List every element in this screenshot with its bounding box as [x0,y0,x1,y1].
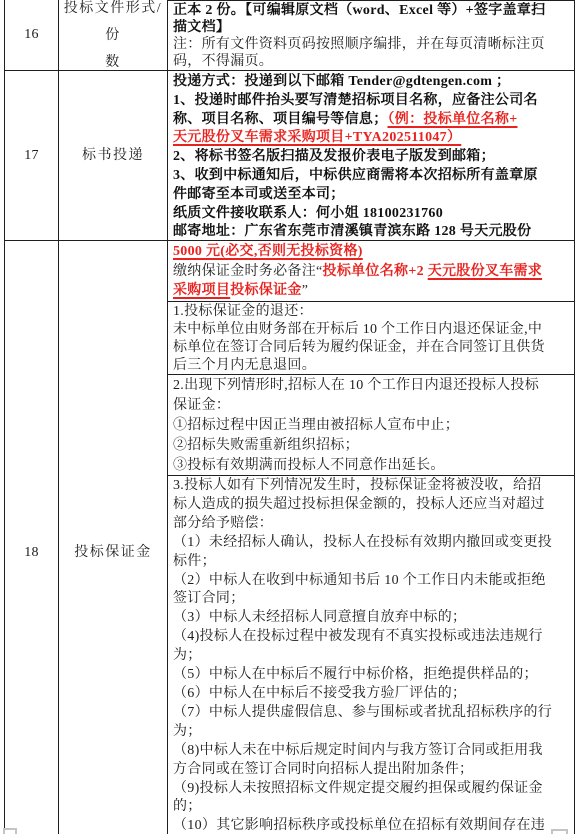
text-line: 为； [173,647,570,666]
text-line: 投递方式：投递到以下邮箱 Tender@gdtengen.com ； [173,73,570,92]
text-segment: 采购项目 [173,283,230,298]
text-line: 3.投标人如有下列情况发生时，投标保证金将被没收，给招 [173,477,570,496]
text-segment: ” [302,283,309,298]
text-line: ③投标有效期满而投标人不同意作出延长。 [173,456,570,475]
text-segment: 未中标单位由财务部在开标后 10 个工作日内退还保证金,中 [173,322,542,337]
row-label-text: 投标文件形式/份 [59,0,167,49]
text-line: （1）未经招标人确认，投标人在投标有效期内撤回或变更投 [173,534,570,553]
text-segment: 标人造成的损失超过投标担保金额的，投标人还应当对超过 [173,497,545,512]
text-segment: 称、项目名称、项目编号等信息； [173,112,388,127]
tender-terms-table: 16 投标文件形式/份 数 正本 2 份。【可编辑原文档（word、Excel … [4,0,575,834]
table-row-17: 17 标书投递 投递方式：投递到以下邮箱 Tender@gdtengen.com… [5,70,574,240]
text-segment: 标件； [173,554,216,569]
text-segment: 为； [173,724,202,739]
text-segment: 1.投标保证金的退还： [173,304,313,319]
document-format-section: 正本 2 份。【可编辑原文档（word、Excel 等）+签字盖章扫描文档】注：… [168,0,574,70]
text-segment: 码，不得漏页。 [173,54,273,69]
text-line: （7）中标人提供虚假信息、参与围标或者扰乱招标秩序的行 [173,704,570,723]
text-segment: （9)投标人未按照招标文件规定提交履约担保或履约保证金 [173,781,543,796]
text-line: （10）其它影响招标秩序或投标单位在招标有效期间存在违 [173,817,570,834]
row-number-17: 17 [5,71,59,240]
text-segment: 后三个月内无息退回。 [173,358,316,373]
text-segment: （7）中标人提供虚假信息、参与围标或者扰乱招标秩序的行 [173,705,552,720]
text-line: （6）中标人在中标后不接受我方验厂评估的； [173,685,570,704]
text-line: （4)投标人在投标过程中被发现有不真实投标或违法违规行 [173,628,570,647]
text-line: 保证金： [173,396,570,416]
text-line: （8)中标人未在中标后规定时间内与我方签订合同或拒用我 [173,742,570,761]
text-segment: （6）中标人在中标后不接受我方验厂评估的； [173,686,466,701]
text-line: 天元股份叉车需求采购项目+TYA202511047） [173,129,570,148]
text-segment: （1）未经招标人确认，投标人在投标有效期内撤回或变更投 [173,535,552,550]
text-segment: 注：所有文件资料页码按照顺序编排，并在每页清晰标注页 [173,37,545,52]
text-line: 正本 2 份。【可编辑原文档（word、Excel 等）+签字盖章扫 [173,2,570,19]
row-label-17: 标书投递 [59,71,168,240]
text-line: 2、将标书签名版扫描及发报价表电子版发到邮箱； [173,148,570,167]
text-segment: 部分给予赔偿： [173,516,273,531]
row-number-16: 16 [5,0,59,70]
refund-conditions-section: 2.出现下列情形时,招标人在 10 个工作日内退还投标人投标保证金：①招标过程中… [168,374,574,475]
row-label-18: 投标保证金 [59,241,168,834]
text-line: 注：所有文件资料页码按照顺序编排，并在每页清晰标注页 [173,36,570,53]
text-segment: 缴纳保证金时务必备注“ [173,264,323,279]
deposit-refund-section: 1.投标保证金的退还：未中标单位由财务部在开标后 10 个工作日内退还保证金,中… [168,301,574,374]
row-label-text: 投标保证金 [74,539,152,566]
row-content-16: 正本 2 份。【可编辑原文档（word、Excel 等）+签字盖章扫描文档】注：… [168,0,574,70]
row-label-16: 投标文件形式/份 数 [59,0,168,70]
text-line: ②招标失败需重新组织招标； [173,436,570,456]
forfeit-conditions-section: 3.投标人如有下列情况发生时，投标保证金将被没收，给招标人造成的损失超过投标担保… [168,475,574,834]
text-line: 的； [173,798,570,817]
text-segment: （3）中标人未经招标人同意擅自放弃中标的； [173,610,466,625]
text-line: （2）中标人在收到中标通知书后 10 个工作日内未能或拒绝 [173,572,570,591]
text-line: 标人造成的损失超过投标担保金额的，投标人还应当对超过 [173,496,570,515]
row-label-text: 标书投递 [82,142,144,169]
text-segment: ②招标失败需重新组织招标； [173,438,359,453]
text-segment: 3.投标人如有下列情况发生时，投标保证金将被没收，给招 [173,478,542,493]
text-line: 后三个月内无息退回。 [173,357,570,374]
text-line: 方合同或在签订合同时向招标人提出附加条件； [173,761,570,780]
page-edge-artifact-left [3,828,17,834]
text-segment: ①招标过程中因正当理由被招标人宣布中止； [173,418,459,433]
text-segment: （8)中标人未在中标后规定时间内与我方签订合同或拒用我 [173,743,543,758]
text-segment: 标单位在签订合同后转为履约保证金，并在合同签订且供货 [173,340,545,355]
text-segment: （例：投标单位名称+ [388,112,518,127]
page-edge-artifact-right [551,829,568,834]
text-line: 采购项目投标保证金” [173,281,570,301]
text-line: 5000 元(必交,否则无投标资格) [173,242,570,262]
text-segment: 5000 元(必交,否则无投标资格) [173,244,363,259]
text-segment: 2、将标书签名版扫描及发报价表电子版发到邮箱； [173,149,495,164]
text-segment: 纸质文件接收联系人：何小姐 18100231760 [173,206,443,221]
text-segment: （10）其它影响招标秩序或投标单位在招标有效期间存在违 [173,818,545,833]
text-segment: 方合同或在签订合同时向招标人提出附加条件； [173,762,473,777]
text-segment: 1、投递时邮件抬头要写清楚招标项目名称，应备注公司名 [173,93,538,108]
document-page: 16 投标文件形式/份 数 正本 2 份。【可编辑原文档（word、Excel … [0,0,583,834]
text-segment: （2）中标人在收到中标通知书后 10 个工作日内未能或拒绝 [173,573,546,588]
text-line: 邮寄地址：广东省东莞市清溪镇青滨东路 128 号天元股份 [173,223,570,241]
text-line: （3）中标人未经招标人同意擅自放弃中标的； [173,609,570,628]
text-segment: 3、收到中标通知后，中标供应商需将本次招标所有盖章原 [173,168,538,183]
text-segment: 为； [173,648,202,663]
text-segment: 天元股份叉车需求 [428,264,542,279]
text-line: 标单位在签订合同后转为履约保证金，并在合同签订且供货 [173,339,570,357]
text-line: （9)投标人未按照招标文件规定提交履约担保或履约保证金 [173,780,570,799]
text-line: 1、投递时邮件抬头要写清楚招标项目名称，应备注公司名 [173,92,570,111]
table-row-16: 16 投标文件形式/份 数 正本 2 份。【可编辑原文档（word、Excel … [5,0,574,70]
text-line: 签订合同； [173,590,570,609]
text-line: 1.投标保证金的退还： [173,303,570,321]
text-segment: 的； [173,799,202,814]
text-line: 称、项目名称、项目编号等信息；（例：投标单位名称+ [173,111,570,130]
row-content-17: 投递方式：投递到以下邮箱 Tender@gdtengen.com ；1、投递时邮… [168,71,574,240]
row-number-18: 18 [5,241,59,834]
text-segment: 天元股份叉车需求采购项目+TYA202511047） [173,130,461,145]
text-segment: 邮寄地址：广东省东莞市清溪镇青滨东路 128 号天元股份 [173,224,531,239]
text-segment: 投标保证金 [230,283,302,298]
text-line: 件邮寄至本司或送至本司； [173,186,570,205]
text-segment: （4)投标人在投标过程中被发现有不真实投标或违法违规行 [173,629,543,644]
text-line: 标件； [173,553,570,572]
text-segment: 签订合同； [173,591,245,606]
text-segment: （5）中标人在中标后不履行中标价格，拒绝提供样品的； [173,667,538,682]
text-line: （5）中标人在中标后不履行中标价格，拒绝提供样品的； [173,666,570,685]
table-row-18: 18 投标保证金 5000 元(必交,否则无投标资格)缴纳保证金时务必备注“投标… [5,240,574,834]
text-line: ①招标过程中因正当理由被招标人宣布中止； [173,416,570,436]
text-line: 未中标单位由财务部在开标后 10 个工作日内退还保证金,中 [173,321,570,339]
text-line: 码，不得漏页。 [173,53,570,70]
text-line: 2.出现下列情形时,招标人在 10 个工作日内退还投标人投标 [173,376,570,396]
text-segment: 正本 2 份。【可编辑原文档（word、Excel 等）+签字盖章扫 [173,3,545,18]
row-content-18: 5000 元(必交,否则无投标资格)缴纳保证金时务必备注“投标单位名称+2 天元… [168,241,574,834]
text-line: 缴纳保证金时务必备注“投标单位名称+2 天元股份叉车需求 [173,262,570,282]
text-segment: 投递方式：投递到以下邮箱 Tender@gdtengen.com ； [173,74,510,89]
text-line: 3、收到中标通知后，中标供应商需将本次招标所有盖章原 [173,167,570,186]
text-line: 纸质文件接收联系人：何小姐 18100231760 [173,205,570,224]
text-segment: 2.出现下列情形时,招标人在 10 个工作日内退还投标人投标 [173,378,539,393]
text-line: 部分给予赔偿： [173,515,570,534]
text-line: 为； [173,723,570,742]
text-segment: 件邮寄至本司或送至本司； [173,187,345,202]
text-line: 描文档】 [173,19,570,36]
bid-delivery-section: 投递方式：投递到以下邮箱 Tender@gdtengen.com ；1、投递时邮… [168,71,574,241]
text-segment: 保证金： [173,398,230,413]
text-segment: 描文档】 [173,20,230,35]
deposit-amount-section: 5000 元(必交,否则无投标资格)缴纳保证金时务必备注“投标单位名称+2 天元… [168,241,574,301]
text-segment: ③投标有效期满而投标人不同意作出延长。 [173,458,445,473]
text-segment: 投标单位名称+2 [323,264,428,279]
